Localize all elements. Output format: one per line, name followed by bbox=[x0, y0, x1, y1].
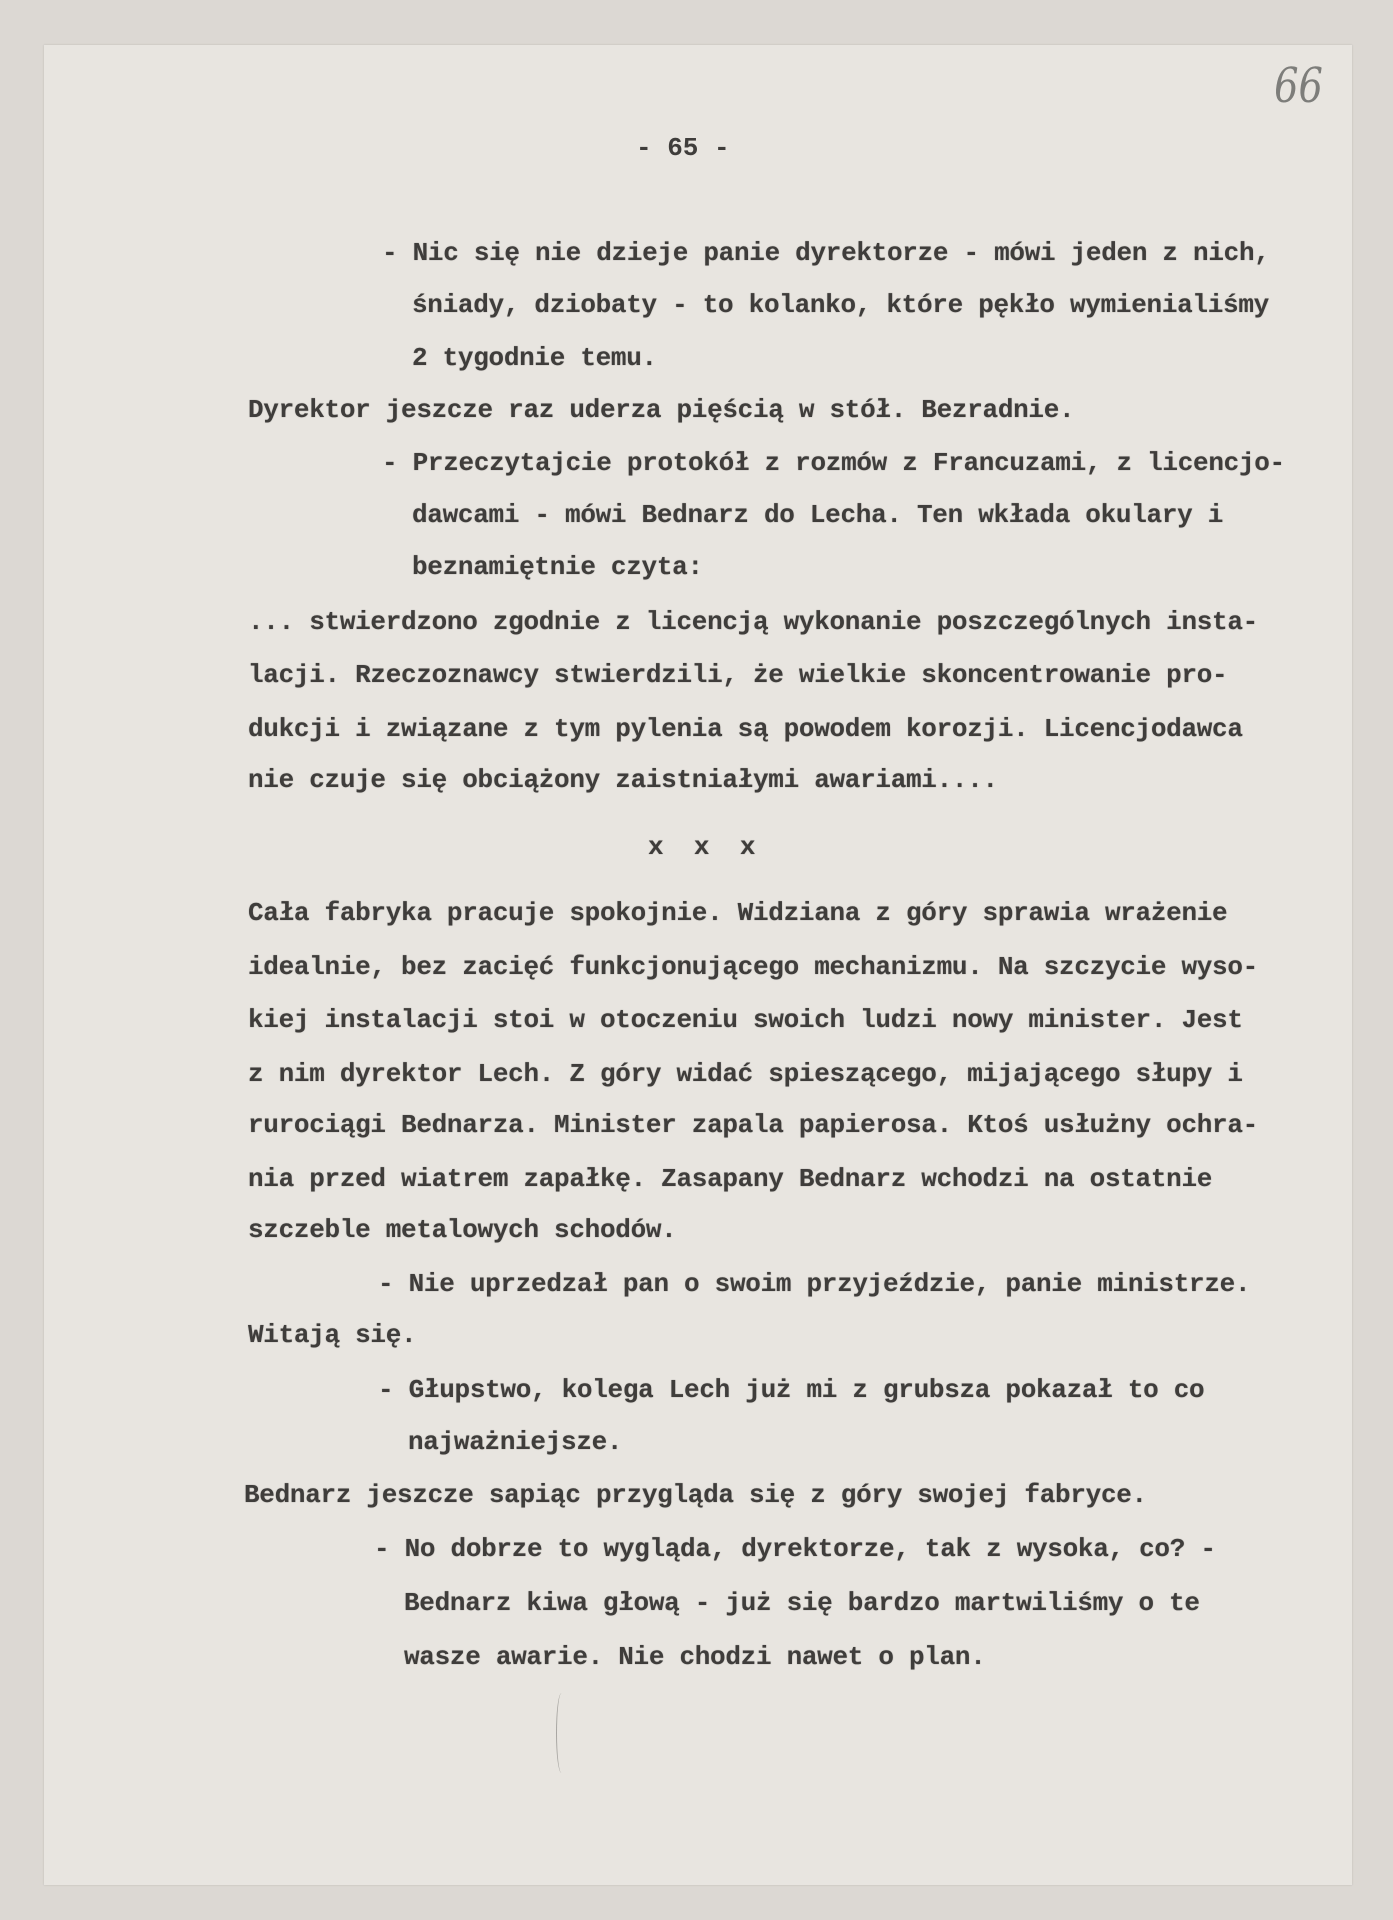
text-line: beznamiętnie czyta: bbox=[412, 552, 703, 582]
text-line: - Nie uprzedzał pan o swoim przyjeździe,… bbox=[378, 1269, 1250, 1299]
pencil-mark bbox=[556, 1693, 567, 1773]
text-line: Dyrektor jeszcze raz uderza pięścią w st… bbox=[248, 395, 1074, 425]
text-line: - Przeczytajcie protokół z rozmów z Fran… bbox=[382, 448, 1285, 478]
text-line: nie czuje się obciążony zaistniałymi awa… bbox=[248, 765, 998, 795]
text-line: Bednarz kiwa głową - już się bardzo mart… bbox=[404, 1588, 1200, 1618]
text-line: dawcami - mówi Bednarz do Lecha. Ten wkł… bbox=[412, 500, 1223, 530]
text-line: najważniejsze. bbox=[408, 1427, 622, 1457]
text-line: - Nic się nie dzieje panie dyrektorze - … bbox=[382, 238, 1270, 268]
text-line: wasze awarie. Nie chodzi nawet o plan. bbox=[404, 1642, 986, 1672]
text-line: kiej instalacji stoi w otoczeniu swoich … bbox=[248, 1005, 1243, 1035]
archive-page-number: 66 bbox=[1274, 58, 1323, 114]
text-line: rurociągi Bednarza. Minister zapala papi… bbox=[248, 1110, 1258, 1140]
text-line: ... stwierdzono zgodnie z licencją wykon… bbox=[248, 607, 1258, 637]
text-line: - Głupstwo, kolega Lech już mi z grubsza… bbox=[378, 1375, 1204, 1405]
text-line: szczeble metalowych schodów. bbox=[248, 1215, 676, 1245]
text-line: - No dobrze to wygląda, dyrektorze, tak … bbox=[374, 1534, 1216, 1564]
text-line: Witają się. bbox=[248, 1320, 416, 1350]
text-line: idealnie, bez zacięć funkcjonującego mec… bbox=[248, 952, 1258, 982]
text-line: 2 tygodnie temu. bbox=[412, 343, 657, 373]
text-line: Bednarz jeszcze sapiąc przygląda się z g… bbox=[244, 1480, 1147, 1510]
text-line: z nim dyrektor Lech. Z góry widać spiesz… bbox=[248, 1059, 1243, 1089]
text-line: Cała fabryka pracuje spokojnie. Widziana… bbox=[248, 898, 1227, 928]
section-separator: x x x bbox=[648, 832, 755, 862]
text-line: nia przed wiatrem zapałkę. Zasapany Bedn… bbox=[248, 1164, 1212, 1194]
text-line: dukcji i związane z tym pylenia są powod… bbox=[248, 714, 1243, 744]
text-line: lacji. Rzeczoznawcy stwierdzili, że wiel… bbox=[248, 660, 1227, 690]
text-line: śniady, dziobaty - to kolanko, które pęk… bbox=[412, 290, 1269, 320]
page-number: - 65 - bbox=[636, 133, 730, 163]
